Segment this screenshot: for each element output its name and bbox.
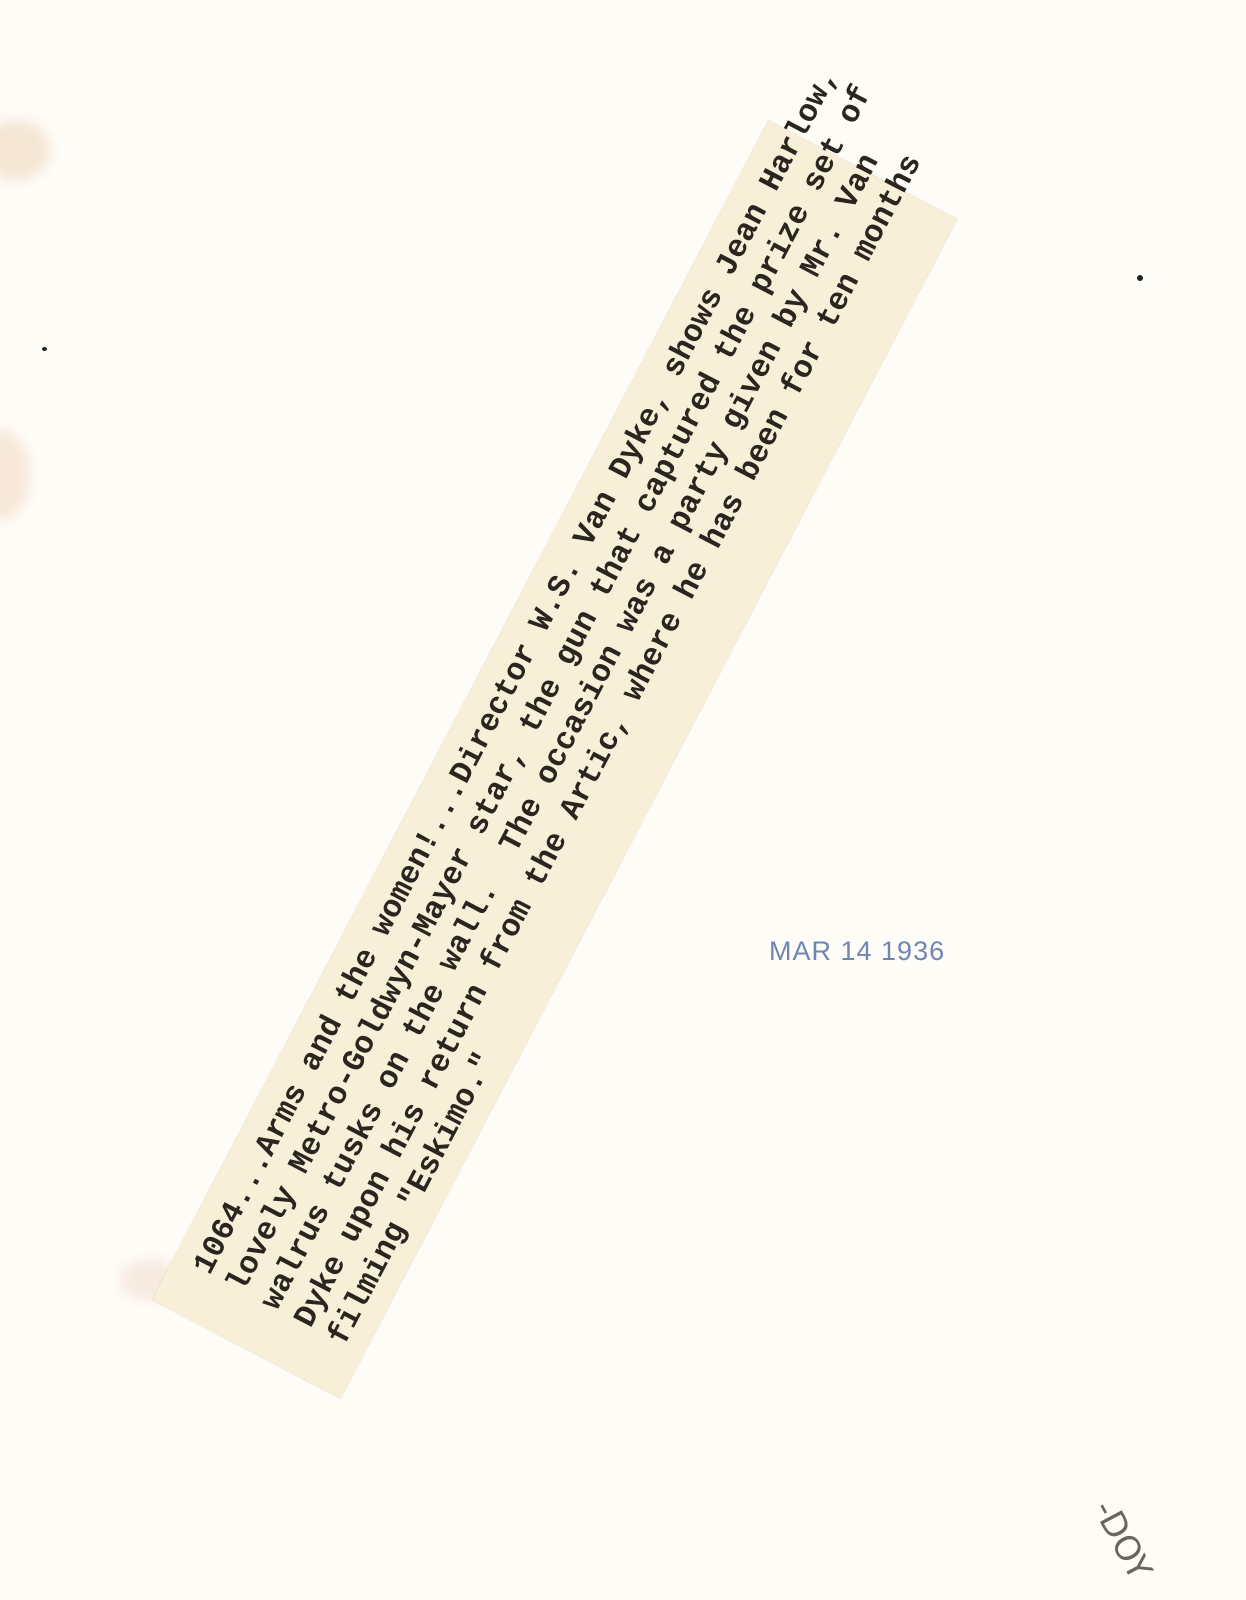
paper-stain: [0, 120, 50, 180]
caption-line: walrus tusks on the wall. The occasion w…: [254, 162, 882, 1317]
ink-speck: [1137, 275, 1143, 281]
date-stamp: MAR 14 1936: [769, 936, 945, 967]
pencil-note: -DOY: [1085, 1493, 1160, 1586]
caption-line: Dyke upon his return from the Artic, whe…: [287, 180, 915, 1335]
paper-stain: [0, 430, 30, 520]
caption-line: lovely Metro-Goldwyn-Mayer star, the gun…: [220, 144, 848, 1299]
ink-speck: [42, 347, 47, 351]
caption-line: 1064...Arms and the women!...Director W.…: [186, 127, 814, 1282]
caption-line: filming "Eskimo.": [321, 197, 949, 1352]
caption-strip: 1064...Arms and the women!...Director W.…: [152, 120, 957, 1398]
